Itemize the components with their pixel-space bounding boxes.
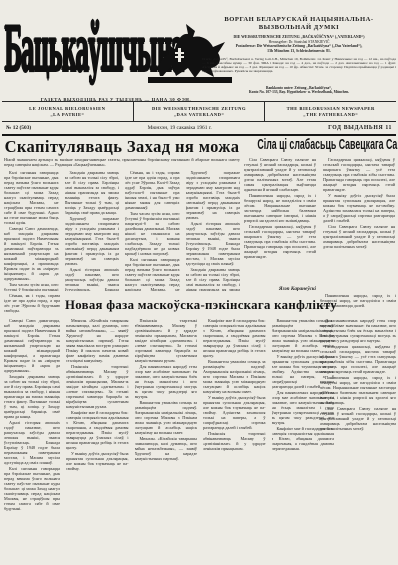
body-column: Заходнія дзяржавы маюць за сабою ня толь…: [65, 170, 120, 291]
left-article-lede: Ніжэй зьмяшчаем артыкул зь вялікае заход…: [4, 157, 240, 168]
right-article-body: Сіла Савецкага Саюзу палягае ня гэтулькі…: [244, 157, 396, 292]
body-column: Канфлікт мае й гаспадарчы бок: савецкія …: [203, 318, 266, 558]
title-english: THE BIELORUSSIAN NEWSPAPER „THE FATHERLA…: [264, 102, 396, 121]
paragraph: Адылі гісторыя апошніх гадоў паказвае, ш…: [4, 420, 60, 465]
paragraph: Паняволеныя народы, сярод іх і беларускі…: [320, 375, 396, 405]
body-column: Пэкінскія тэарэтыкі абвінавачваюць Маскв…: [135, 318, 198, 558]
left-article-body: Ніжэй зьмяшчаем артыкул зь вялікае заход…: [4, 157, 240, 292]
paragraph: Пэкінскія тэарэтыкі абвінавачваюць Маскв…: [203, 431, 266, 451]
title-french-line2: „LA PATRIE“: [50, 112, 84, 118]
headline-conflict-article: Новая фаза маскоўска-пэкінскага канфлікт…: [62, 295, 340, 316]
paragraph: Заходнія дзяржавы маюць за сабою ня толь…: [65, 170, 120, 215]
paragraph: Тым часам зусім ясна, што ўступкі ў бэрл…: [125, 211, 180, 256]
paragraph: Сіла Савецкага Саюзу палягае ня гэтулькі…: [323, 224, 395, 249]
issue-year: ГОД ВЫДАНЬНЯ 11: [328, 125, 392, 131]
body-column: Гаспадарчыя цяжкасьці, няўдачы ў сельска…: [323, 157, 395, 292]
organ-line-1: ВОРГАН БЕЛАРУСКАЙ НАЦЫЯНАЛЬНА-: [202, 16, 396, 24]
body-column: Хрушчоў пагражае падпісаньнем сэпаратнаг…: [186, 170, 241, 291]
paragraph: Савецкі Саюз дамагаецца, каб заходнія дз…: [4, 318, 60, 373]
newspaper-page: Бацькаўшчына ГАЗЕТА ВЫХОДЗІЦЬ РАЗ У ТЫДЗ…: [0, 0, 398, 565]
title-english-line2: „THE FATHERLAND“: [303, 112, 358, 118]
organ-line-2: ВЫЗВОЛЬНАЙ ДУМКІ: [202, 24, 396, 32]
right-article-continuation-stub: Паняволеныя народы, сярод іх і беларускі…: [320, 293, 396, 317]
paragraph: Тым часам зусім ясна, што ўступкі ў бэрл…: [4, 282, 59, 291]
paragraph: У выніку доўгіх дыскусіяў была прынятая …: [66, 451, 129, 471]
issue-number: № 12 (503): [6, 125, 31, 131]
paragraph: Сіла Савецкага Саюзу палягае ня гэтулькі…: [320, 406, 396, 431]
paragraph: Адылі гісторыя апошніх гадоў паказвае, ш…: [186, 221, 241, 266]
paragraph: Хрушчоў пагражае падпісаньнем сэпаратнаг…: [65, 216, 120, 266]
paragraph: Заходнія дзяржавы маюць за сабою ня толь…: [186, 267, 241, 291]
paragraph: Паняволеныя народы, сярод іх і беларускі…: [244, 193, 316, 223]
paragraph: Вашынгтон уважліва сочыць за разьвіцьцём…: [203, 359, 266, 394]
paragraph: Сёньня, як і тады, справа ідзе не пра ад…: [4, 293, 60, 313]
column-text: Сіла Савецкага Саюзу палягае ня гэтулькі…: [244, 157, 316, 259]
body-column: Мюнхэн. «Кітайскія таварышы памыляюцца, …: [66, 318, 129, 558]
paragraph: Канфлікт мае й гаспадарчы бок: савецкія …: [66, 410, 129, 450]
left-article-continuation-column: Савецкі Саюз дамагаецца, каб заходнія дз…: [4, 318, 60, 558]
paragraph: Мюнхэн. «Кітайскія таварышы памыляюцца, …: [66, 318, 129, 363]
paragraph: Калі сягоньня гаворыцца пра бэрлінскае п…: [4, 466, 60, 511]
paragraph: Хрушчоў пагражае падпісаньнем сэпаратнаг…: [186, 170, 241, 220]
body-column: Калі сягоньня гаворыцца пра бэрлінскае п…: [4, 170, 59, 291]
paragraph: Сёньня, як і тады, справа ідзе не пра ад…: [125, 170, 180, 210]
imprint-address-2: 13b München 13, Schleissheimerstr. 81.: [202, 49, 396, 54]
title-french: LE JOURNAL BIELORUSSIEN „LA PATRIE“: [2, 102, 133, 121]
paragraph: У выніку доўгіх дыскусіяў была прынятая …: [203, 395, 266, 430]
paragraph: Калі сягоньня гаворыцца пра бэрлінскае п…: [125, 257, 180, 291]
paragraph: Канфлікт мае й гаспадарчы бок: савецкія …: [203, 318, 266, 358]
paragraph: Мюнхэн. «Кітайскія таварышы памыляюцца, …: [135, 436, 198, 461]
paragraph: Для паняволеных народаў гэты спор мае ас…: [135, 364, 198, 399]
right-article-continuation-column: Для паняволеных народаў гэты спор мае ас…: [320, 318, 396, 558]
paragraph: Вашынгтон уважліва сочыць за разьвіцьцём…: [135, 400, 198, 435]
issue-bar: № 12 (503) Мюнхэн, 19 сакавіка 1961 г. Г…: [2, 122, 396, 136]
title-german: DIE WEISSRUTHENISCHE ZEITUNG „DAS VATERL…: [133, 102, 265, 121]
author-signature: Язэп Каранеўскі: [274, 287, 316, 292]
imprint-details: Druck: „LOGOS“, Buchdruckerei u. Verlag …: [202, 57, 396, 84]
masthead: Бацькаўшчына ГАЗЕТА ВЫХОДЗІЦЬ РАЗ У ТЫДЗ…: [2, 14, 234, 100]
title-german-line2: „DAS VATERLAND“: [174, 112, 225, 118]
paragraph: Савецкі Саюз дамагаецца, каб заходнія дз…: [4, 226, 59, 281]
paragraph: Гаспадарчыя цяжкасьці, няўдачы ў сельска…: [320, 344, 396, 374]
paragraph: Заходнія дзяржавы маюць за сабою ня толь…: [4, 374, 60, 419]
paragraph: Для паняволеных народаў гэты спор мае ас…: [320, 318, 396, 343]
body-column: Сіла Савецкага Саюзу палягае ня гэтулькі…: [244, 157, 316, 292]
paragraph: Гаспадарчыя цяжкасьці, няўдачы ў сельска…: [323, 157, 395, 192]
paragraph: Сіла Савецкага Саюзу палягае ня гэтулькі…: [244, 157, 316, 192]
language-title-bar: LE JOURNAL BIELORUSSIEN „LA PATRIE“ DIE …: [2, 101, 396, 122]
headline-right-article: Сіла ці слабасьць Савецкага Саюзу: [257, 137, 380, 153]
conflict-article-body: Мюнхэн. «Кітайскія таварышы памыляюцца, …: [66, 318, 334, 558]
body-column: Сёньня, як і тады, справа ідзе не пра ад…: [125, 170, 180, 291]
paragraph: Калі сягоньня гаворыцца пра бэрлінскае п…: [4, 170, 59, 225]
imprint-block: ВОРГАН БЕЛАРУСКАЙ НАЦЫЯНАЛЬНА- ВЫЗВОЛЬНА…: [202, 16, 396, 95]
paragraph: Пэкінскія тэарэтыкі абвінавачваюць Маскв…: [135, 318, 198, 363]
issue-dateline: Мюнхэн, 19 сакавіка 1961 г.: [148, 125, 212, 131]
bank-line-2: Konto No. 107-133, Bay. Hypotheken- u. W…: [202, 90, 396, 94]
paragraph: Пэкінскія тэарэтыкі абвінавачваюць Маскв…: [66, 364, 129, 409]
paragraph: Гаспадарчыя цяжкасьці, няўдачы ў сельска…: [244, 224, 316, 259]
left-article-continuation-stub: Сёньня, як і тады, справа ідзе не пра ад…: [4, 293, 60, 317]
headline-left-article: Скапітуляваць Захад ня можа: [4, 137, 240, 157]
paragraph: У выніку доўгіх дыскусіяў была прынятая …: [323, 193, 395, 223]
paragraph: Паняволеныя народы, сярод іх і беларускі…: [320, 293, 396, 308]
paragraph: Адылі гісторыя апошніх гадоў паказвае, ш…: [65, 267, 120, 291]
